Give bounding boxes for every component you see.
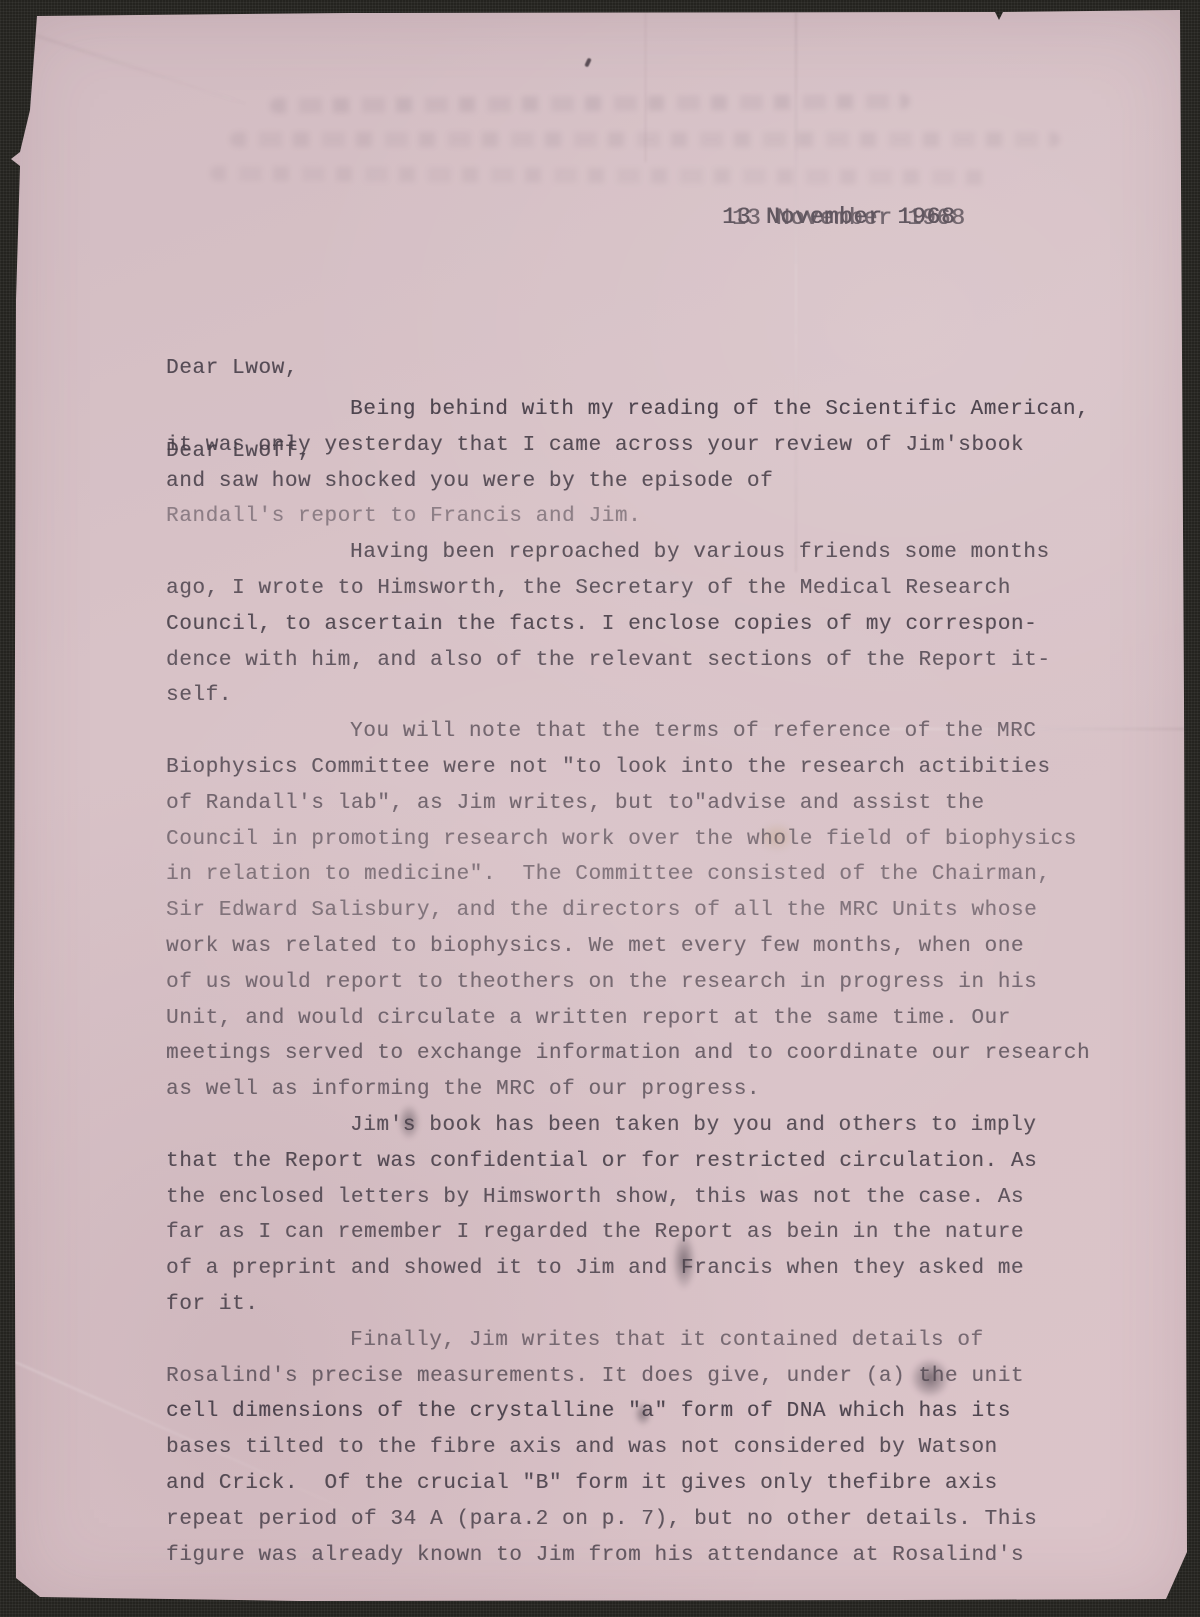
letter-line: Finally, Jim writes that it contained de…	[166, 1323, 1170, 1359]
letter-line: Randall's report to Francis and Jim.	[166, 499, 1170, 535]
letter-line: meetings served to exchange information …	[166, 1036, 1170, 1072]
bleed-through-ghost-text	[210, 166, 990, 185]
letter-line: of a preprint and showed it to Jim and F…	[166, 1251, 1170, 1287]
letter-line: cell dimensions of the crystalline "a" f…	[166, 1394, 1170, 1430]
letter-line: as well as informing the MRC of our prog…	[166, 1072, 1170, 1108]
paper-crease	[35, 35, 254, 108]
letter-line: repeat period of 34 A (para.2 on p. 7), …	[166, 1502, 1170, 1538]
letter-line: dence with him, and also of the relevant…	[166, 643, 1170, 679]
letter-line: figure was already known to Jim from his…	[166, 1538, 1170, 1574]
letter-line: and saw how shocked you were by the epis…	[166, 464, 1170, 500]
letter-line: ago, I wrote to Himsworth, the Secretary…	[166, 571, 1170, 607]
letter-line: bases tilted to the fibre axis and was n…	[166, 1430, 1170, 1466]
letter-line: Unit, and would circulate a written repo…	[166, 1001, 1170, 1037]
ink-speck	[584, 58, 591, 68]
letter-date-strike-2: 13 November 1968	[732, 205, 966, 231]
salutation-line: Dear Lwow,	[166, 355, 311, 383]
letter-line: far as I can remember I regarded the Rep…	[166, 1215, 1170, 1251]
letter-line: and Crick. Of the crucial "B" form it gi…	[166, 1466, 1170, 1502]
letter-line: it was only yesterday that I came across…	[166, 428, 1170, 464]
letter-line: Council, to ascertain the facts. I enclo…	[166, 607, 1170, 643]
scan-background: 13 November 1968 13 November 1968 Dear L…	[0, 0, 1200, 1617]
letter-line: the enclosed letters by Himsworth show, …	[166, 1180, 1170, 1216]
letter-line: Being behind with my reading of the Scie…	[166, 392, 1170, 428]
letter-line: work was related to biophysics. We met e…	[166, 929, 1170, 965]
letter-line: Jim's book has been taken by you and oth…	[166, 1108, 1170, 1144]
letter-line: Sir Edward Salisbury, and the directors …	[166, 893, 1170, 929]
letter-line: You will note that the terms of referenc…	[166, 714, 1170, 750]
letter-line: in relation to medicine". The Committee …	[166, 857, 1170, 893]
letter-line: Rosalind's precise measurements. It does…	[166, 1359, 1170, 1395]
letter-line: for it.	[166, 1287, 1170, 1323]
letter-line: of us would report to theothers on the r…	[166, 965, 1170, 1001]
bleed-through-ghost-text	[270, 94, 910, 113]
letter-line: Council in promoting research work over …	[166, 822, 1170, 858]
letter-date: 13 November 1968 13 November 1968	[722, 204, 810, 234]
letter-line: Biophysics Committee were not "to look i…	[166, 750, 1170, 786]
letter-line: that the Report was confidential or for …	[166, 1144, 1170, 1180]
letter-body: Being behind with my reading of the Scie…	[166, 392, 1170, 1573]
letter-line: of Randall's lab", as Jim writes, but to…	[166, 786, 1170, 822]
letter-line: self.	[166, 678, 1170, 714]
paper-crease	[645, 12, 646, 162]
bleed-through-ghost-text	[230, 132, 1060, 147]
letter-line: Having been reproached by various friend…	[166, 535, 1170, 571]
letter-paper: 13 November 1968 13 November 1968 Dear L…	[0, 0, 1200, 1617]
